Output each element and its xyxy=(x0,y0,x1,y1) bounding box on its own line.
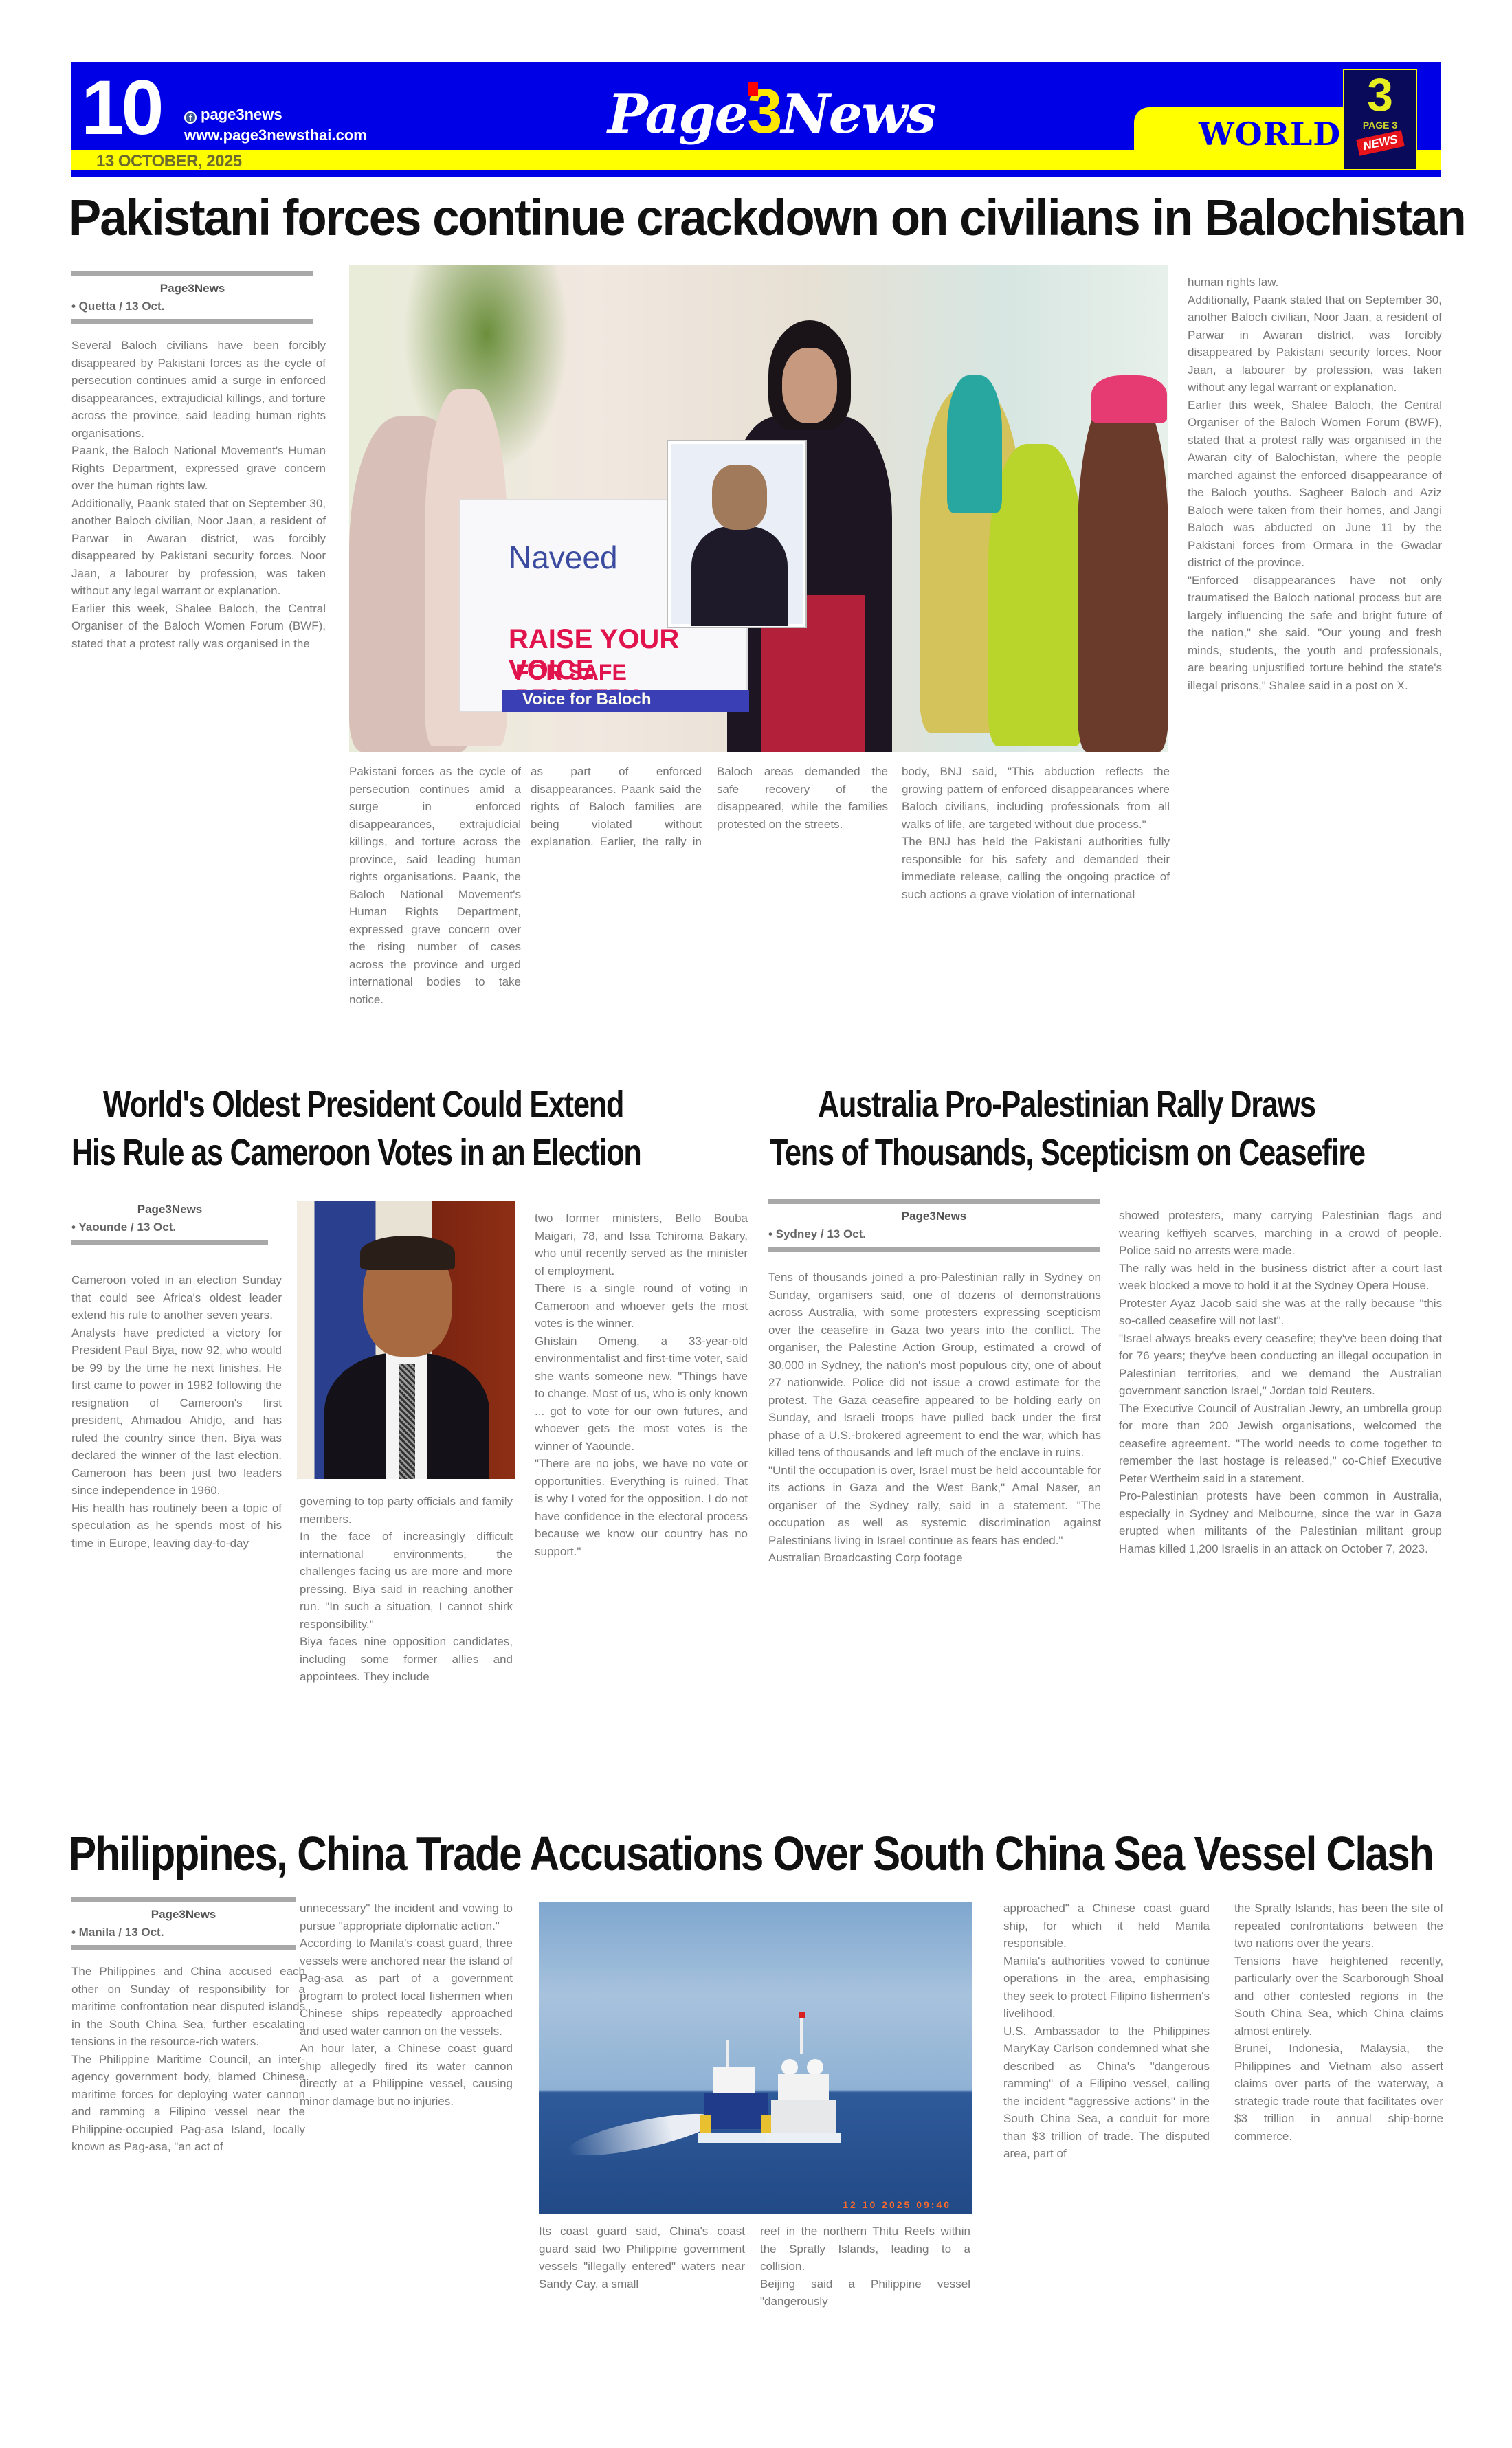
paragraph: "There are no jobs, we have no vote or o… xyxy=(535,1455,748,1560)
paragraph: the Spratly Islands, has been the site o… xyxy=(1234,1900,1443,1952)
byline-rule xyxy=(71,319,313,324)
byline-source: Page3News xyxy=(71,1203,268,1216)
paragraph: Biya faces nine opposition candidates, i… xyxy=(300,1633,513,1686)
paragraph: two former ministers, Bello Bouba Maigar… xyxy=(535,1210,748,1280)
paragraph: Manila's authorities vowed to continue o… xyxy=(1003,1952,1210,2023)
paragraph: Additionally, Paank stated that on Septe… xyxy=(1188,291,1442,397)
facebook-handle: page3news xyxy=(201,106,282,123)
byline-rule xyxy=(768,1247,1100,1252)
pakistan-column-1: Several Baloch civilians have been forci… xyxy=(71,337,326,1086)
byline-dateline: • Manila / 13 Oct. xyxy=(71,1926,296,1939)
cameroon-column-2: governing to top party officials and fam… xyxy=(300,1493,513,1809)
paragraph: Earlier this week, Shalee Baloch, the Ce… xyxy=(1188,397,1442,572)
philippines-column-4: reef in the northern Thitu Reefs within … xyxy=(760,2223,970,2374)
pakistan-headline: Pakistani forces continue crackdown on c… xyxy=(69,192,1465,243)
pakistan-column-4: body, BNJ said, "This abduction reflects… xyxy=(902,763,1170,1072)
badge-label: PAGE 3 xyxy=(1344,120,1416,131)
philippine-vessel xyxy=(698,2040,774,2143)
issue-date: 13 OCTOBER, 2025 xyxy=(96,152,242,171)
cameroon-column-3: two former ministers, Bello Bouba Maigar… xyxy=(535,1210,748,1809)
australia-headline-line1: Australia Pro-Palestinian Rally Draws xyxy=(818,1086,1315,1123)
paragraph: Several Baloch civilians have been forci… xyxy=(71,337,326,442)
pakistan-column-2: Pakistani forces as the cycle of persecu… xyxy=(349,763,521,1072)
byline-rule xyxy=(71,1897,296,1902)
pakistan-byline: Page3News • Quetta / 13 Oct. xyxy=(71,271,313,324)
paragraph: showed protesters, many carrying Palesti… xyxy=(1119,1207,1442,1260)
byline-dateline: • Quetta / 13 Oct. xyxy=(71,300,313,313)
paragraph: Brunei, Indonesia, Malaysia, the Philipp… xyxy=(1234,2040,1443,2145)
philippines-column-1: The Philippines and China accused each o… xyxy=(71,1963,305,2375)
protest-photo: Naveed RAISE YOUR VOICE FOR SAFE RECOVER… xyxy=(349,265,1168,752)
masthead-bottom-stripe xyxy=(71,170,1441,177)
ships-photo: 12 10 2025 09:40 xyxy=(539,1902,972,2214)
chinese-coast-guard-vessel xyxy=(766,2012,841,2143)
paragraph: human rights law. xyxy=(1188,274,1442,291)
australia-column-1: Tens of thousands joined a pro-Palestini… xyxy=(768,1269,1101,1809)
paragraph: The Executive Council of Australian Jewr… xyxy=(1119,1400,1442,1488)
byline-rule xyxy=(71,1240,268,1245)
paragraph: An hour later, a Chinese coast guard shi… xyxy=(300,2040,513,2110)
social-links: fpage3news www.page3newsthai.com xyxy=(184,104,367,146)
paragraph: The BNJ has held the Pakistani authoriti… xyxy=(902,833,1170,903)
brand-badge: 3 PAGE 3 NEWS xyxy=(1343,69,1417,170)
paragraph: Australian Broadcasting Corp footage xyxy=(768,1549,1101,1567)
byline-dateline: • Sydney / 13 Oct. xyxy=(768,1227,1100,1241)
pakistan-column-3: as part of enforced disappearances. Paan… xyxy=(531,763,888,1072)
cameroon-headline-line1: World's Oldest President Could Extend xyxy=(103,1086,623,1123)
byline-dateline: • Yaounde / 13 Oct. xyxy=(71,1221,268,1234)
website-link[interactable]: www.page3newsthai.com xyxy=(184,125,367,146)
paragraph: "Enforced disappearances have not only t… xyxy=(1188,572,1442,695)
philippines-headline: Philippines, China Trade Accusations Ove… xyxy=(69,1829,1433,1878)
crowd-figure xyxy=(988,444,1085,746)
sign-name: Naveed xyxy=(509,539,618,576)
paragraph: Paank, the Baloch National Movement's Hu… xyxy=(71,442,326,495)
paragraph: The Philippine Maritime Council, an inte… xyxy=(71,2051,305,2156)
logo-news: News xyxy=(781,83,935,146)
photo-timestamp: 12 10 2025 09:40 xyxy=(843,2199,951,2210)
paragraph: There is a single round of voting in Cam… xyxy=(535,1280,748,1333)
paragraph: The rally was held in the business distr… xyxy=(1119,1260,1442,1295)
cameroon-column-1: Cameroon voted in an election Sunday tha… xyxy=(71,1271,282,1807)
cameroon-byline: Page3News • Yaounde / 13 Oct. xyxy=(71,1197,268,1245)
paragraph: Beijing said a Philippine vessel "danger… xyxy=(760,2275,970,2311)
philippines-byline: Page3News • Manila / 13 Oct. xyxy=(71,1897,296,1950)
paragraph: Ghislain Omeng, a 33-year-old environmen… xyxy=(535,1333,748,1456)
water-cannon-spray xyxy=(565,2106,719,2164)
logo-page: Page xyxy=(608,83,747,146)
crowd-figure xyxy=(947,375,1002,513)
facebook-icon: f xyxy=(184,111,197,124)
paragraph: Cameroon voted in an election Sunday tha… xyxy=(71,1271,282,1324)
face xyxy=(782,348,837,423)
paragraph: The Philippines and China accused each o… xyxy=(71,1963,305,2051)
paragraph: Analysts have predicted a victory for Pr… xyxy=(71,1324,282,1500)
paragraph: as part of enforced disappearances. Paan… xyxy=(531,763,888,851)
paragraph: Its coast guard said, China's coast guar… xyxy=(539,2223,745,2293)
paragraph: Earlier this week, Shalee Baloch, the Ce… xyxy=(71,600,326,653)
portrait-face xyxy=(712,465,767,530)
australia-byline: Page3News • Sydney / 13 Oct. xyxy=(768,1199,1100,1252)
badge-three-icon: 3 xyxy=(1344,70,1416,120)
pakistan-column-5: human rights law. Additionally, Paank st… xyxy=(1188,274,1442,1071)
facebook-link[interactable]: fpage3news xyxy=(184,104,367,125)
paragraph: reef in the northern Thitu Reefs within … xyxy=(760,2223,970,2275)
byline-rule xyxy=(71,271,313,276)
tie xyxy=(399,1364,415,1479)
paragraph: Pakistani forces as the cycle of persecu… xyxy=(349,763,521,1008)
badge-news: NEWS xyxy=(1356,130,1405,155)
australia-column-2: showed protesters, many carrying Palesti… xyxy=(1119,1207,1442,1809)
paragraph: In the face of increasingly difficult in… xyxy=(300,1528,513,1633)
masthead: 10 fpage3news www.page3newsthai.com 13 O… xyxy=(71,62,1441,177)
australia-headline-line2: Tens of Thousands, Scepticism on Ceasefi… xyxy=(770,1134,1365,1171)
logo-three: 3 xyxy=(747,76,781,146)
paragraph: Protester Ayaz Jacob said she was at the… xyxy=(1119,1295,1442,1330)
crowd-figure xyxy=(1078,389,1168,752)
byline-source: Page3News xyxy=(768,1210,1100,1223)
page-number: 10 xyxy=(81,67,162,148)
paragraph: Additionally, Paank stated that on Septe… xyxy=(71,495,326,600)
paragraph: According to Manila's coast guard, three… xyxy=(300,1935,513,2040)
byline-rule xyxy=(71,1945,296,1950)
hair xyxy=(360,1236,455,1270)
byline-source: Page3News xyxy=(71,1908,296,1922)
paragraph: Tens of thousands joined a pro-Palestini… xyxy=(768,1269,1101,1462)
paragraph: Tensions have heightened recently, parti… xyxy=(1234,1952,1443,2040)
crowd-figure xyxy=(1091,375,1167,423)
portrait-body xyxy=(691,526,788,626)
philippines-column-2: unnecessary" the incident and vowing to … xyxy=(300,1900,513,2374)
cameroon-president-photo xyxy=(297,1201,515,1479)
paragraph: approached" a Chinese coast guard ship, … xyxy=(1003,1900,1210,1952)
missing-person-portrait xyxy=(668,441,805,627)
sign-banner: Voice for Baloch xyxy=(502,690,749,712)
cameroon-headline-line2: His Rule as Cameroon Votes in an Electio… xyxy=(71,1134,641,1171)
philippines-column-5: approached" a Chinese coast guard ship, … xyxy=(1003,1900,1210,2374)
paragraph: U.S. Ambassador to the Philippines MaryK… xyxy=(1003,2023,1210,2163)
section-label: WORLD xyxy=(1199,115,1341,153)
byline-rule xyxy=(768,1199,1100,1204)
newspaper-logo: Page3News xyxy=(608,77,935,149)
paragraph: body, BNJ said, "This abduction reflects… xyxy=(902,763,1170,833)
paragraph: "Israel always breaks every ceasefire; t… xyxy=(1119,1330,1442,1400)
byline-source: Page3News xyxy=(71,282,313,296)
paragraph: governing to top party officials and fam… xyxy=(300,1493,513,1528)
philippines-column-6: the Spratly Islands, has been the site o… xyxy=(1234,1900,1443,2374)
philippines-column-3: Its coast guard said, China's coast guar… xyxy=(539,2223,745,2374)
paragraph: unnecessary" the incident and vowing to … xyxy=(300,1900,513,1935)
paragraph: Pro-Palestinian protests have been commo… xyxy=(1119,1487,1442,1557)
paragraph: "Until the occupation is over, Israel mu… xyxy=(768,1462,1101,1550)
paragraph: His health has routinely been a topic of… xyxy=(71,1500,282,1553)
